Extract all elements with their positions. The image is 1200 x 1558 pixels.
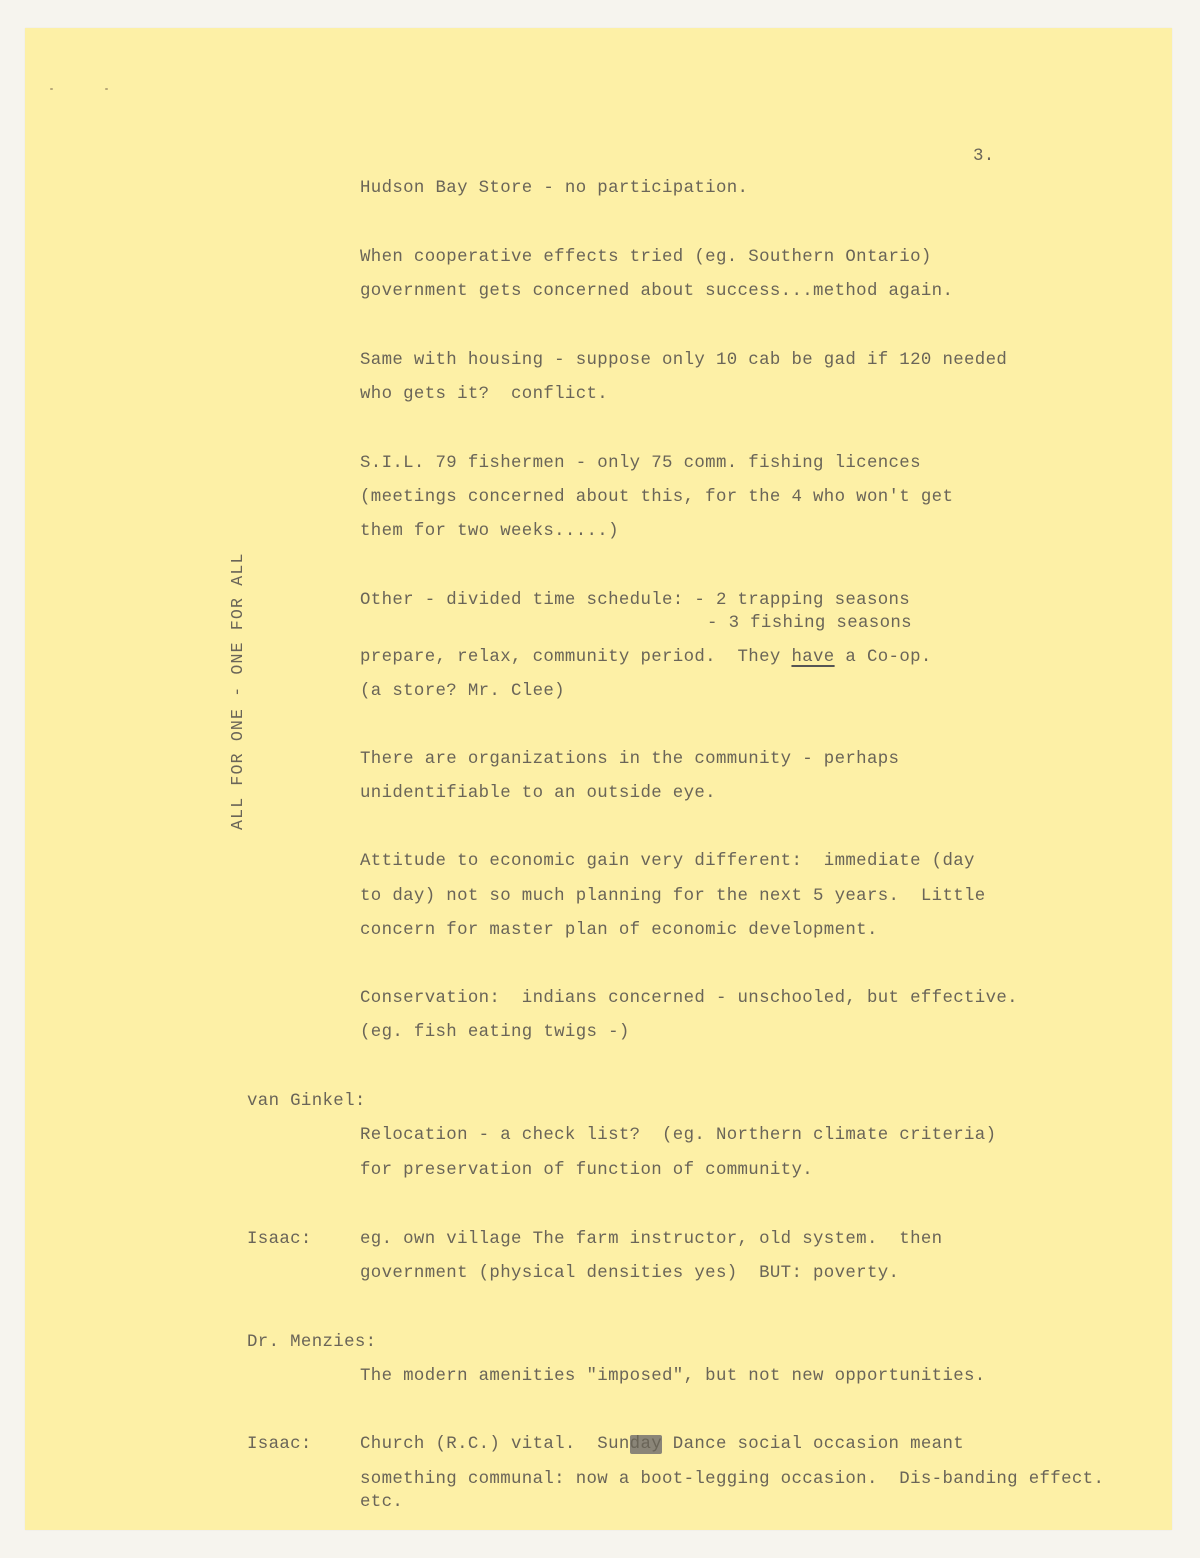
text-line: (meetings concerned about this, for the … bbox=[360, 489, 953, 506]
church-line: Church (R.C.) vital. Sunday Dance social… bbox=[360, 1436, 964, 1453]
text-line: Relocation - a check list? (eg. Northern… bbox=[360, 1127, 996, 1144]
speaker-label: van Ginkel: bbox=[247, 1093, 366, 1110]
text-line: Same with housing - suppose only 10 cab … bbox=[360, 352, 1007, 369]
text-line: (eg. fish eating twigs -) bbox=[360, 1024, 630, 1041]
text-line: something communal: now a boot-legging o… bbox=[360, 1471, 1104, 1488]
text-line: The modern amenities "imposed", but not … bbox=[360, 1368, 986, 1385]
coop-line: prepare, relax, community period. They h… bbox=[360, 649, 932, 666]
text-line: to day) not so much planning for the nex… bbox=[360, 888, 986, 905]
text-line: - 3 fishing seasons bbox=[707, 615, 912, 632]
paper-speck bbox=[105, 88, 108, 90]
speaker-label: Isaac: bbox=[247, 1436, 312, 1453]
text-line: etc. bbox=[360, 1494, 403, 1511]
coop-before: prepare, relax, community period. They bbox=[360, 648, 791, 667]
text-line: Other - divided time schedule: - 2 trapp… bbox=[360, 592, 910, 609]
text-line: them for two weeks.....) bbox=[360, 523, 619, 540]
text-line: Conservation: indians concerned - unscho… bbox=[360, 990, 1018, 1007]
text-line: government (physical densities yes) BUT:… bbox=[360, 1265, 899, 1282]
margin-note: ALL FOR ONE - ONE FOR ALL bbox=[228, 552, 247, 830]
underlined-word: have bbox=[791, 648, 834, 667]
text-line: for preservation of function of communit… bbox=[360, 1162, 813, 1179]
church-after: Dance social occasion meant bbox=[662, 1435, 964, 1454]
text-line: eg. own village The farm instructor, old… bbox=[360, 1231, 942, 1248]
speaker-label: Isaac: bbox=[247, 1231, 312, 1248]
church-before: Church (R.C.) vital. Sun bbox=[360, 1435, 630, 1454]
text-line: S.I.L. 79 fishermen - only 75 comm. fish… bbox=[360, 455, 921, 472]
speaker-label: Dr. Menzies: bbox=[247, 1334, 376, 1351]
paper-speck bbox=[50, 88, 53, 90]
struck-out-text: day bbox=[630, 1435, 662, 1454]
text-line: Attitude to economic gain very different… bbox=[360, 853, 975, 870]
text-line: (a store? Mr. Clee) bbox=[360, 683, 565, 700]
text-line: concern for master plan of economic deve… bbox=[360, 922, 878, 939]
text-line: who gets it? conflict. bbox=[360, 386, 608, 403]
coop-after: a Co-op. bbox=[835, 648, 932, 667]
text-line: When cooperative effects tried (eg. Sout… bbox=[360, 249, 932, 266]
page-number: 3. bbox=[973, 148, 995, 165]
text-line: government gets concerned about success.… bbox=[360, 283, 953, 300]
text-line: unidentifiable to an outside eye. bbox=[360, 785, 716, 802]
text-line: There are organizations in the community… bbox=[360, 751, 899, 768]
text-line: Hudson Bay Store - no participation. bbox=[360, 180, 748, 197]
